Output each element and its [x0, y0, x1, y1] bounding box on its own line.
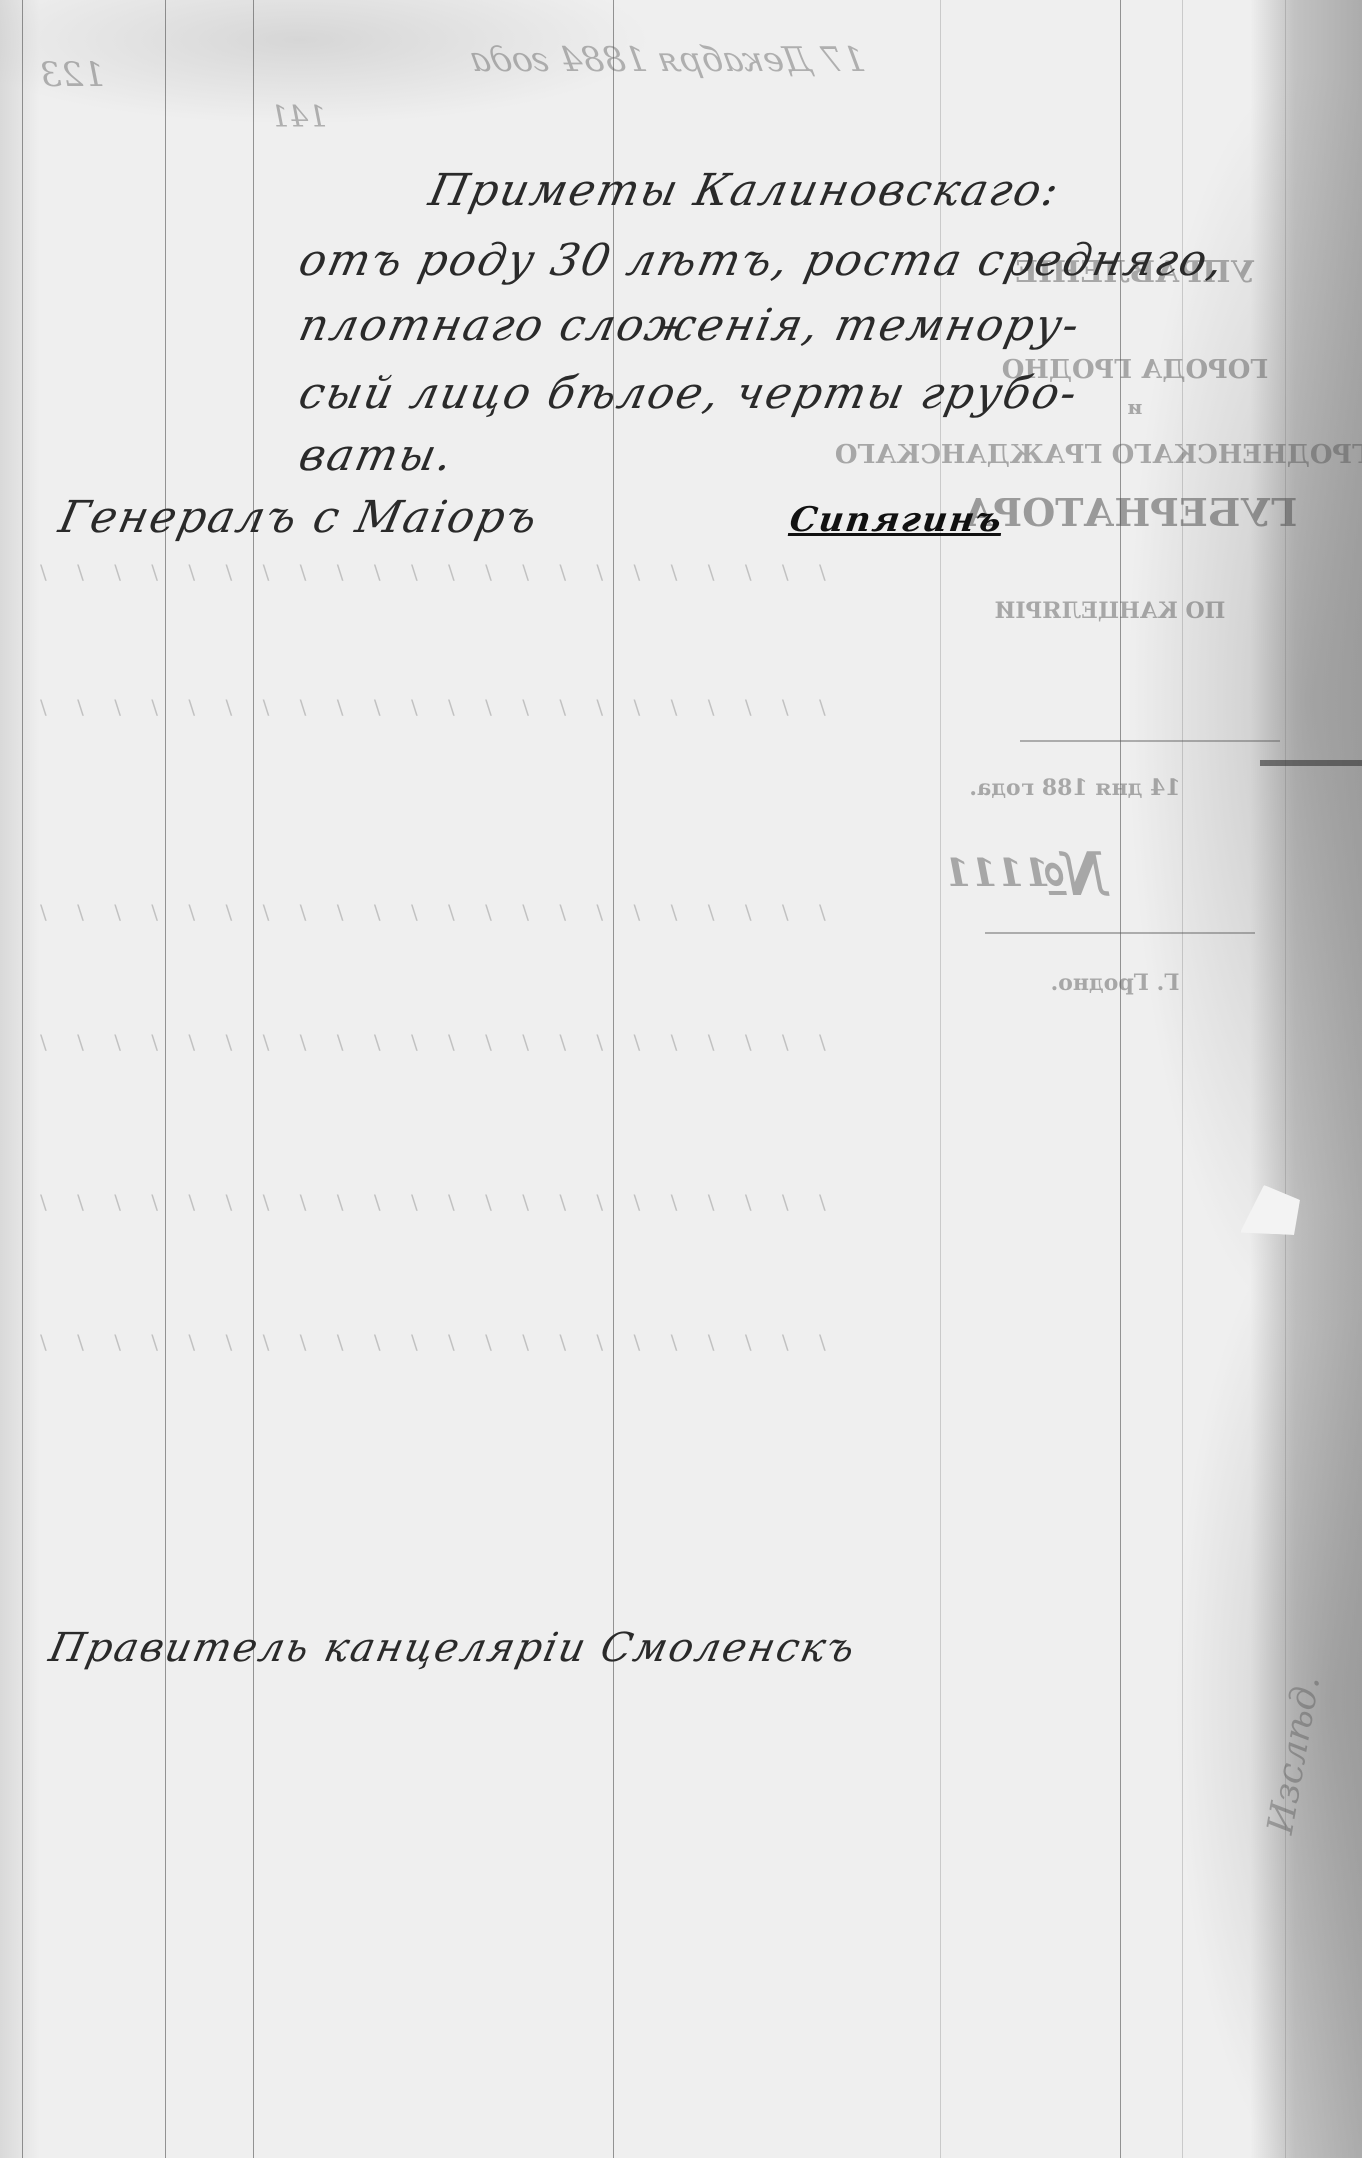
- folio-number-center: 141: [270, 100, 327, 135]
- stamp-number-value: 1111: [960, 850, 1050, 895]
- binding-shadow: [1250, 0, 1362, 2158]
- bleed-dashes: \ \ \ \ \ \ \ \ \ \ \ \ \ \ \ \ \ \ \ \ …: [40, 1030, 838, 1054]
- body-line: плотнаго сложенія, темнору-: [295, 300, 1086, 351]
- bleed-dashes: \ \ \ \ \ \ \ \ \ \ \ \ \ \ \ \ \ \ \ \ …: [40, 695, 838, 719]
- ink-smear: [1260, 760, 1362, 766]
- bleed-dashes: \ \ \ \ \ \ \ \ \ \ \ \ \ \ \ \ \ \ \ \ …: [40, 1330, 838, 1354]
- body-line: Приметы Калиновскаго:: [425, 165, 1065, 216]
- footer-line: Правитель канцеляріи Смоленскъ: [45, 1625, 861, 1671]
- stamp-rule: [985, 932, 1255, 934]
- signature: Сипягинъ: [787, 500, 1006, 540]
- body-line: сый лицо бѣлое, черты грубо-: [295, 368, 1084, 419]
- column-rule: [165, 0, 166, 2158]
- column-rule: [1182, 0, 1183, 2158]
- margin-rule: [22, 0, 23, 2158]
- column-rule: [253, 0, 254, 2158]
- folio-number-left: 123: [40, 55, 105, 95]
- bleed-dashes: \ \ \ \ \ \ \ \ \ \ \ \ \ \ \ \ \ \ \ \ …: [40, 1190, 838, 1214]
- body-line: ваты.: [295, 430, 459, 481]
- bleed-dashes: \ \ \ \ \ \ \ \ \ \ \ \ \ \ \ \ \ \ \ \ …: [40, 900, 838, 924]
- stamp-date-line: 14 дня 188 года.: [910, 775, 1240, 801]
- bleed-dashes: \ \ \ \ \ \ \ \ \ \ \ \ \ \ \ \ \ \ \ \ …: [40, 560, 838, 584]
- scanned-page: 17 Декабря 1884 года 123 141 УПРАВЛЕНІЕ …: [0, 0, 1362, 2158]
- column-rule: [1120, 0, 1121, 2158]
- body-line: отъ роду 30 лѣтъ, роста средняго,: [295, 235, 1230, 286]
- stamp-title-line: ПО КАНЦЕЛЯРІИ: [960, 598, 1260, 624]
- stamp-number-label: №: [1040, 840, 1110, 910]
- stamp-rule: [1020, 740, 1280, 742]
- header-note: 17 Декабря 1884 года: [466, 40, 868, 80]
- signatory-title: Генералъ с Маіоръ: [55, 492, 544, 543]
- stamp-title-line: ГРОДНЕНСКАГО ГРАЖДАНСКАГО: [900, 440, 1362, 470]
- stamp-city: Г. Гродно.: [1040, 970, 1190, 996]
